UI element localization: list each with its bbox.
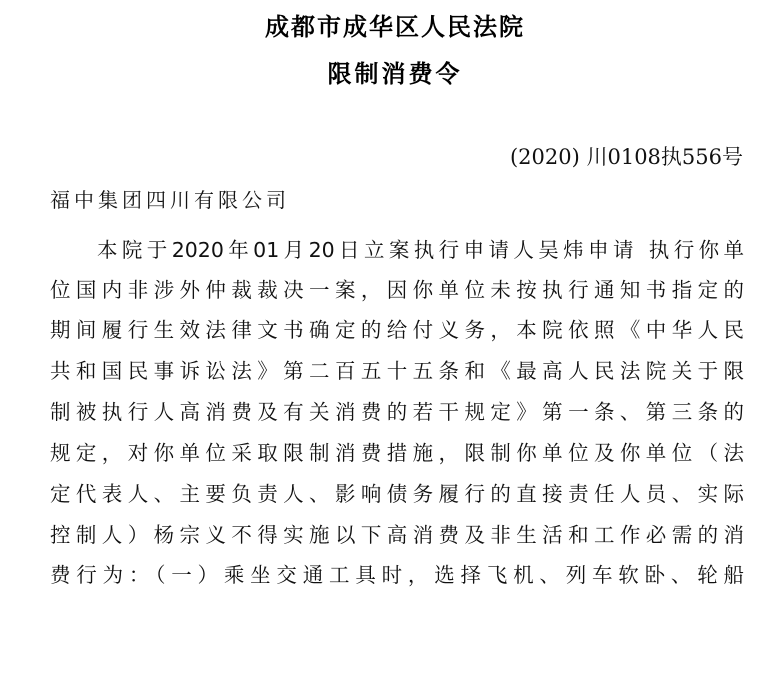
body-line-2: 位国内非涉外仲裁裁决一案，因你单位未按执行通知书指定的 [50,275,744,305]
document-type-heading: 限制消费令 [0,59,773,89]
body-line-4: 共和国民事诉讼法》第二百五十五条和《最高人民法院关于限 [50,356,744,386]
body-line-1: 本院于2020年01月20日立案执行申请人吴炜申请 执行你单 [97,235,744,265]
body-line-5: 制被执行人高消费及有关消费的若干规定》第一条、第三条的 [50,397,744,427]
addressee: 福中集团四川有限公司 [50,186,290,214]
body-line-3: 期间履行生效法律文书确定的给付义务，本院依照《中华人民 [50,315,744,345]
body-line-6: 规定，对你单位采取限制消费措施，限制你单位及你单位（法 [50,438,744,468]
court-name-heading: 成都市成华区人民法院 [0,12,773,42]
court-document: 成都市成华区人民法院 限制消费令 (2020) 川0108执556号 福中集团四… [0,0,773,677]
body-line-8: 控制人）杨宗义不得实施以下高消费及非生活和工作必需的消 [50,520,744,550]
case-number: (2020) 川0108执556号 [510,142,743,172]
body-line-9: 费行为：（一）乘坐交通工具时，选择飞机、列车软卧、轮船 [50,560,744,590]
body-line-7: 定代表人、主要负责人、影响债务履行的直接责任人员、实际 [50,479,744,509]
